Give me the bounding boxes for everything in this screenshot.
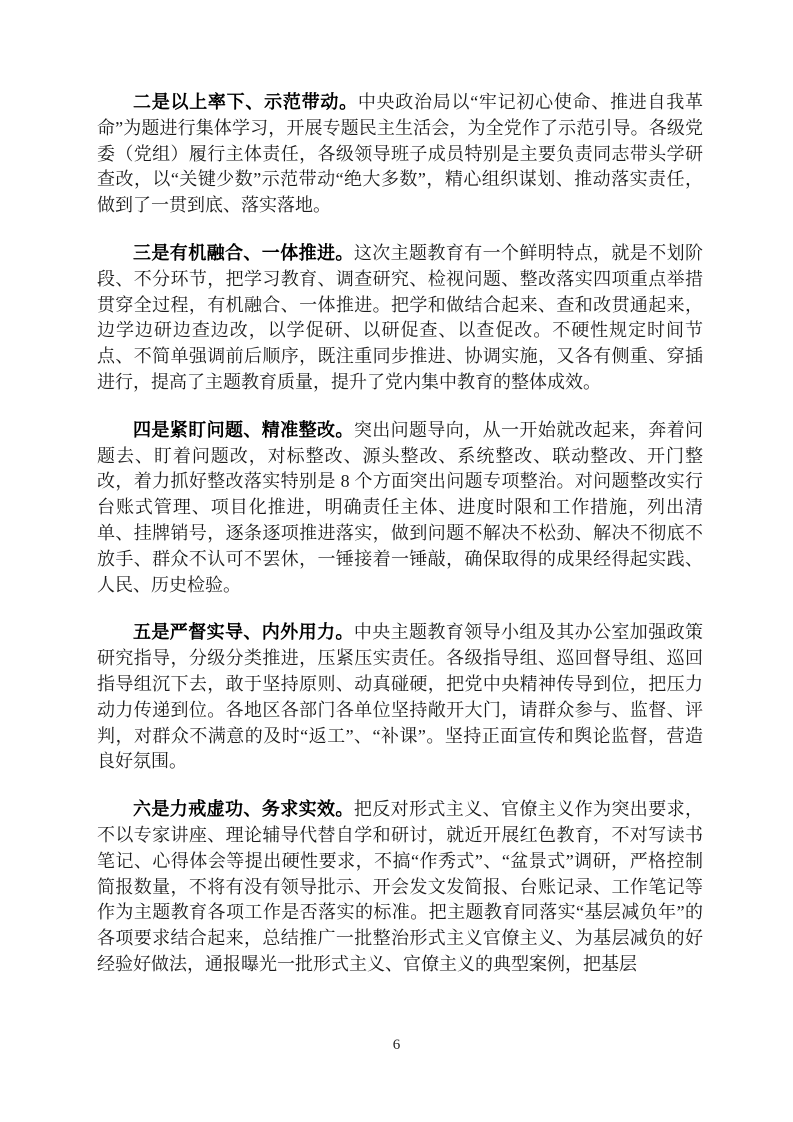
paragraph-heading: 二是以上率下、示范带动。 — [133, 92, 358, 112]
paragraph-body: 把反对形式主义、官僚主义作为突出要求，不以专家讲座、理论辅导代替自学和研讨，就近… — [97, 799, 703, 974]
paragraph-heading: 五是严督实导、内外用力。 — [133, 622, 354, 642]
paragraph: 五是严督实导、内外用力。中央主题教育领导小组及其办公室加强政策研究指导，分级分类… — [97, 620, 703, 775]
paragraph: 三是有机融合、一体推进。这次主题教育有一个鲜明特点，就是不划阶段、不分环节，把学… — [97, 241, 703, 396]
paragraph: 四是紧盯问题、精准整改。突出问题导向，从一开始就改起来，奔着问题去、盯着问题改，… — [97, 418, 703, 599]
document-text-block: 二是以上率下、示范带动。中央政治局以“牢记初心使命、推进自我革命”为题进行集体学… — [97, 90, 703, 978]
paragraph-body: 中央主题教育领导小组及其办公室加强政策研究指导，分级分类推进，压紧压实责任。各级… — [97, 622, 703, 771]
paragraph-heading: 三是有机融合、一体推进。 — [133, 243, 354, 263]
paragraph-body: 突出问题导向，从一开始就改起来，奔着问题去、盯着问题改，对标整改、源头整改、系统… — [97, 420, 703, 595]
paragraph: 六是力戒虚功、务求实效。把反对形式主义、官僚主义作为突出要求，不以专家讲座、理论… — [97, 797, 703, 978]
paragraph: 二是以上率下、示范带动。中央政治局以“牢记初心使命、推进自我革命”为题进行集体学… — [97, 90, 703, 219]
paragraph-body: 这次主题教育有一个鲜明特点，就是不划阶段、不分环节，把学习教育、调查研究、检视问… — [97, 243, 703, 392]
page-number: 6 — [0, 1037, 793, 1054]
document-page: 二是以上率下、示范带动。中央政治局以“牢记初心使命、推进自我革命”为题进行集体学… — [0, 0, 793, 1122]
paragraph-heading: 六是力戒虚功、务求实效。 — [133, 799, 354, 819]
paragraph-heading: 四是紧盯问题、精准整改。 — [133, 420, 354, 440]
